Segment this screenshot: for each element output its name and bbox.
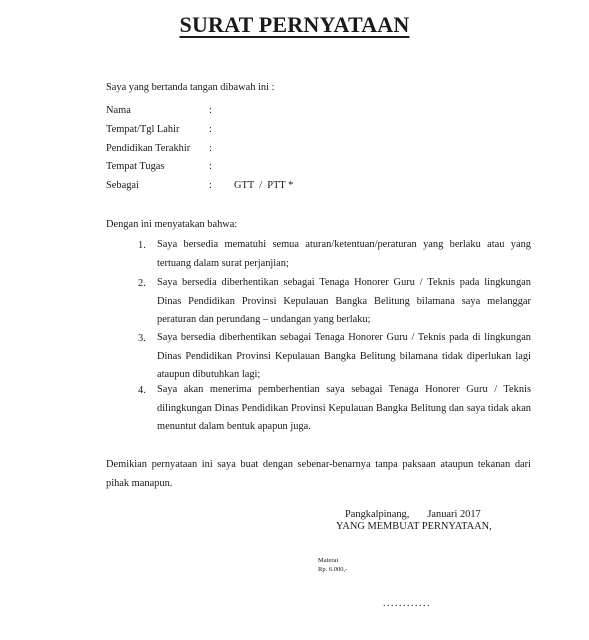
stamp-duty-note: Materai Rp. 6.000,- [318,556,347,574]
field-label-tempat-tgl-lahir: Tempat/Tgl Lahir [106,124,179,136]
field-colon: : [209,161,212,173]
item-number: 2. [138,278,146,290]
place-date: Pangkalpinang,Januari 2017 [345,509,481,521]
stamp-label: Materai [318,556,347,565]
document-title-text: SURAT PERNYATAAN [180,12,410,37]
intro-text: Saya yang bertanda tangan dibawah ini : [106,82,275,94]
field-label-sebagai: Sebagai [106,180,139,192]
signature-placeholder: ............ [383,598,431,610]
declaration-item: Saya bersedia mematuhi semua aturan/kete… [157,236,531,273]
item-number: 1. [138,240,146,252]
field-value-sebagai: GTT / PTT * [234,180,293,192]
closing-statement: Demikian pernyataan ini saya buat dengan… [106,456,531,493]
declaration-item: Saya bersedia diberhentikan sebagai Tena… [157,274,531,330]
place: Pangkalpinang, [345,509,409,520]
field-label-tempat-tugas: Tempat Tugas [106,161,164,173]
field-label-pendidikan-terakhir: Pendidikan Terakhir [106,143,190,155]
field-colon: : [209,180,212,192]
signer-title: YANG MEMBUAT PERNYATAAN, [336,521,492,533]
date: Januari 2017 [427,509,480,520]
item-number: 3. [138,333,146,345]
declaration-item: Saya akan menerima pemberhentian saya se… [157,381,531,437]
declaration-item: Saya bersedia diberhentikan sebagai Tena… [157,329,531,385]
field-colon: : [209,105,212,117]
item-number: 4. [138,385,146,397]
document-title: SURAT PERNYATAAN [0,12,589,38]
field-label-nama: Nama [106,105,131,117]
field-colon: : [209,124,212,136]
declaration-intro: Dengan ini menyatakan bahwa: [106,219,237,231]
field-colon: : [209,143,212,155]
stamp-amount: Rp. 6.000,- [318,565,347,574]
